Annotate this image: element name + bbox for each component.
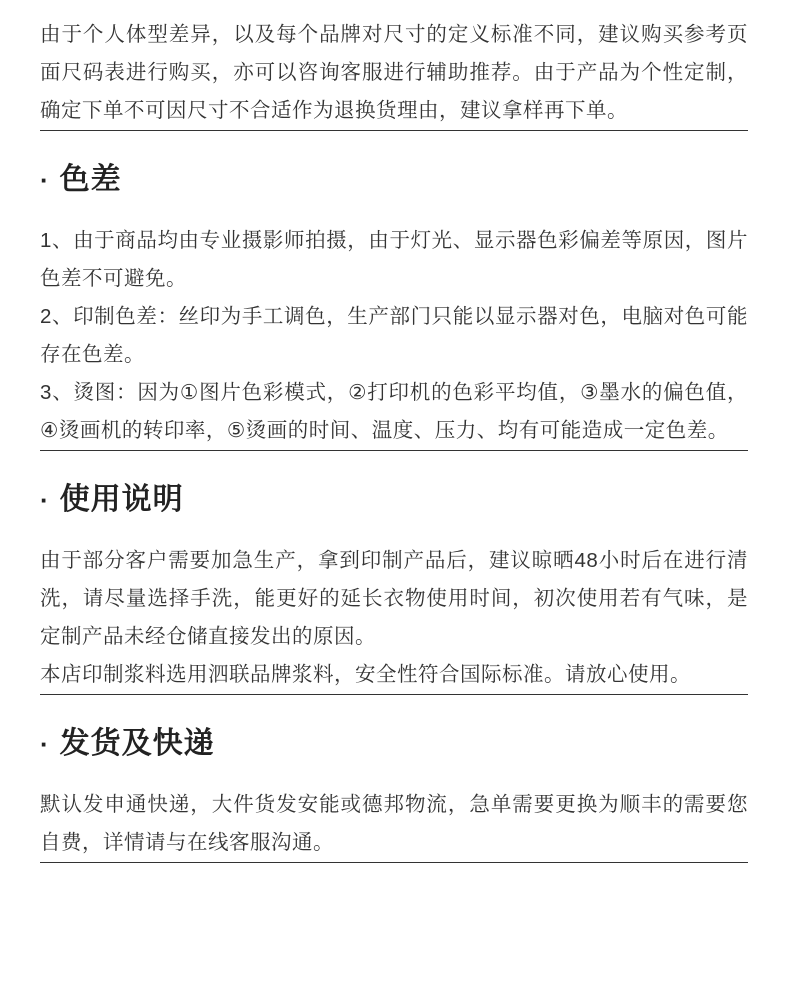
- section-paragraph: 3、烫图：因为①图片色彩模式，②打印机的色彩平均值，③墨水的偏色值，④烫画机的转…: [40, 374, 748, 450]
- section-heading-usage-instructions: · 使用说明: [40, 482, 748, 518]
- divider: [40, 450, 748, 451]
- section-title: 发货及快递: [60, 726, 215, 762]
- section-title: 使用说明: [60, 482, 184, 518]
- section-heading-shipping-delivery: · 发货及快递: [40, 726, 748, 762]
- section-body-color-difference: 1、由于商品均由专业摄影师拍摄，由于灯光、显示器色彩偏差等原因，图片色差不可避免…: [40, 222, 748, 450]
- section-paragraph: 本店印制浆料选用泗联品牌浆料，安全性符合国际标准。请放心使用。: [40, 656, 748, 694]
- section-body-shipping-delivery: 默认发申通快递，大件货发安能或德邦物流，急单需要更换为顺丰的需要您自费，详情请与…: [40, 786, 748, 862]
- section-title: 色差: [60, 162, 122, 198]
- section-paragraph: 1、由于商品均由专业摄影师拍摄，由于灯光、显示器色彩偏差等原因，图片色差不可避免…: [40, 222, 748, 298]
- heading-bullet: ·: [40, 726, 50, 762]
- divider: [40, 130, 748, 131]
- intro-paragraph: 由于个人体型差异，以及每个品牌对尺寸的定义标准不同，建议购买参考页面尺码表进行购…: [40, 16, 748, 130]
- divider: [40, 694, 748, 695]
- section-body-usage-instructions: 由于部分客户需要加急生产，拿到印制产品后，建议晾晒48小时后在进行清洗，请尽量选…: [40, 542, 748, 694]
- heading-bullet: ·: [40, 482, 50, 518]
- divider: [40, 862, 748, 863]
- heading-bullet: ·: [40, 162, 50, 198]
- section-heading-color-difference: · 色差: [40, 162, 748, 198]
- product-detail-page: 由于个人体型差异，以及每个品牌对尺寸的定义标准不同，建议购买参考页面尺码表进行购…: [0, 0, 790, 988]
- section-paragraph: 由于部分客户需要加急生产，拿到印制产品后，建议晾晒48小时后在进行清洗，请尽量选…: [40, 542, 748, 656]
- section-paragraph: 默认发申通快递，大件货发安能或德邦物流，急单需要更换为顺丰的需要您自费，详情请与…: [40, 786, 748, 862]
- section-paragraph: 2、印制色差：丝印为手工调色，生产部门只能以显示器对色，电脑对色可能存在色差。: [40, 298, 748, 374]
- content-area: 由于个人体型差异，以及每个品牌对尺寸的定义标准不同，建议购买参考页面尺码表进行购…: [0, 0, 790, 863]
